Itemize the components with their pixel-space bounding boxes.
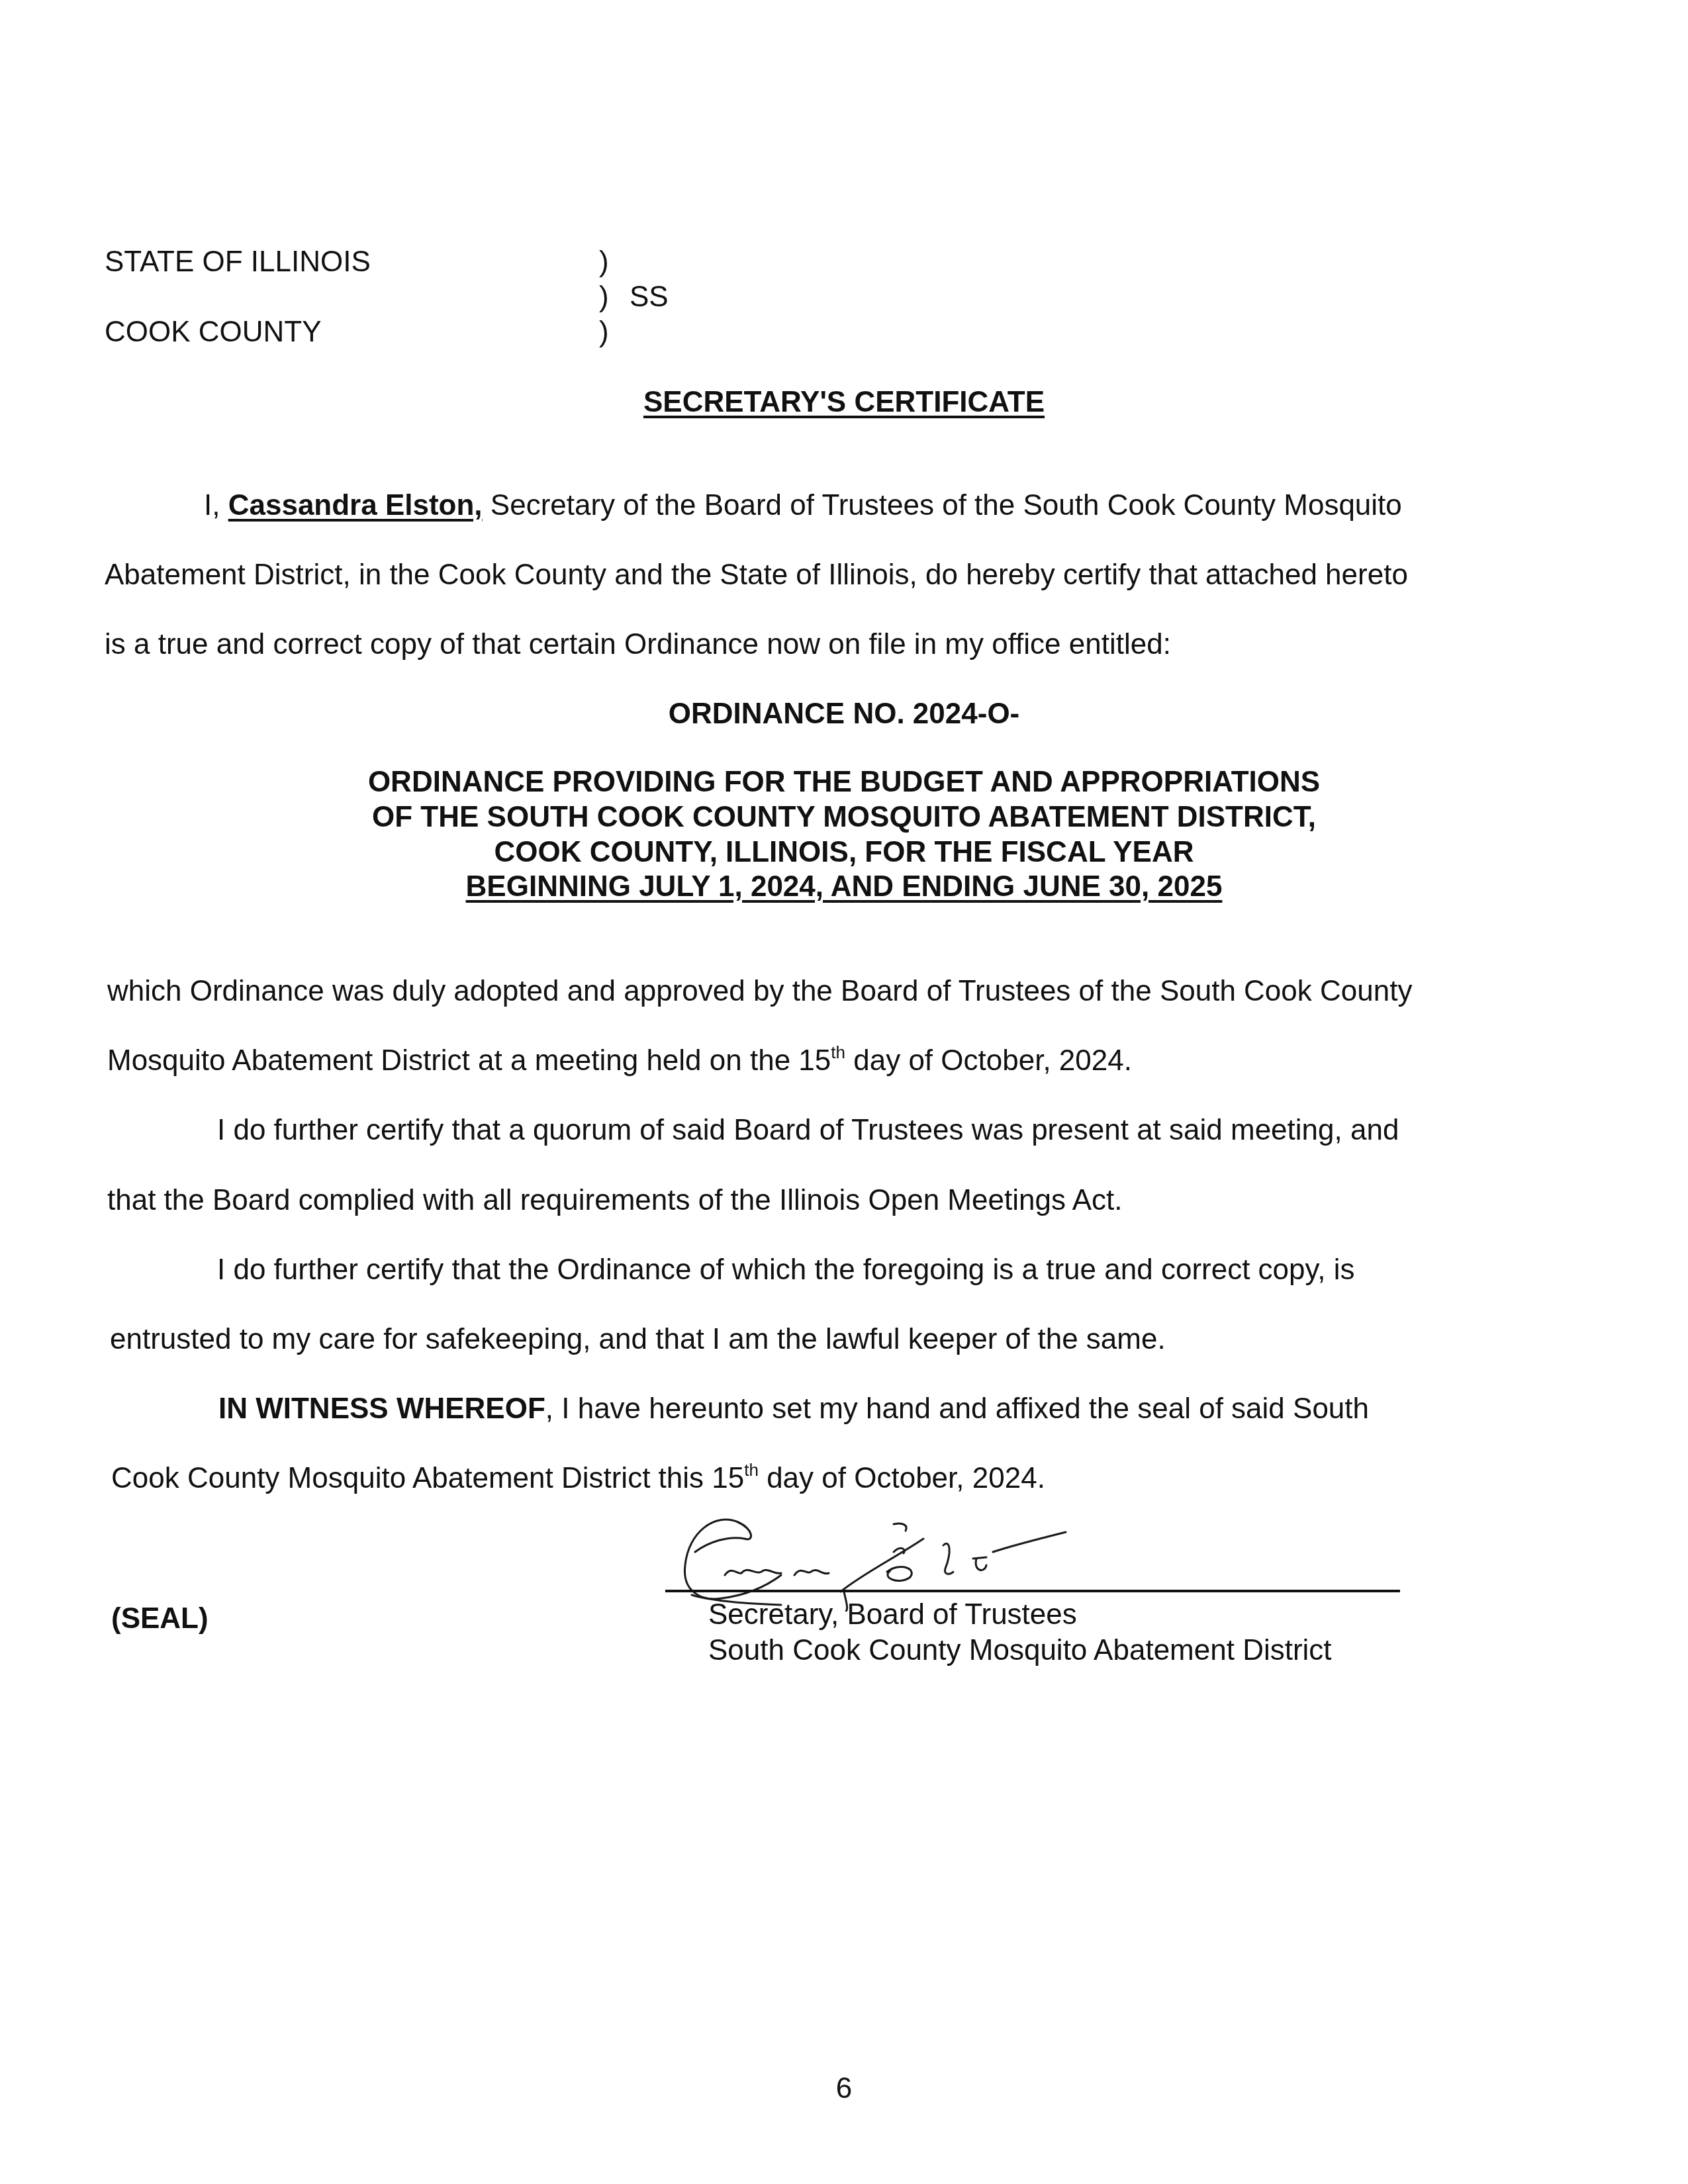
witness-line-1: IN WITNESS WHEREOF, I have hereunto set … — [218, 1394, 1369, 1424]
signer-organization: South Cook County Mosquito Abatement Dis… — [708, 1636, 1332, 1665]
witness-line-2-text: Cook County Mosquito Abatement District … — [111, 1462, 744, 1494]
adoption-line-2-date: day of October, 2024. — [845, 1044, 1132, 1077]
caption-county: COOK COUNTY — [105, 318, 322, 347]
witness-line-1-rest: , I have hereunto set my hand and affixe… — [545, 1392, 1369, 1425]
ordinance-heading-line-1: ORDINANCE PROVIDING FOR THE BUDGET AND A… — [0, 768, 1688, 797]
witness-bold: IN WITNESS WHEREOF — [218, 1392, 545, 1425]
adoption-line-2: Mosquito Abatement District at a meeting… — [107, 1046, 1132, 1075]
witness-line-2: Cook County Mosquito Abatement District … — [111, 1464, 1045, 1493]
caption-paren-3: ) — [599, 318, 609, 347]
quorum-line-1: I do further certify that a quorum of sa… — [217, 1116, 1399, 1145]
caption-paren-2: ) — [599, 283, 609, 312]
ordinance-heading-line-2: OF THE SOUTH COOK COUNTY MOSQUITO ABATEM… — [0, 803, 1688, 832]
intro-prefix: I, — [204, 489, 228, 522]
custody-line-2: entrusted to my care for safekeeping, an… — [110, 1325, 1166, 1354]
ordinal-suffix: th — [831, 1042, 845, 1062]
ordinance-number: ORDINANCE NO. 2024-O- — [0, 700, 1688, 729]
signature-line — [665, 1590, 1400, 1592]
ordinance-heading-line-4: BEGINNING JULY 1, 2024, AND ENDING JUNE … — [0, 872, 1688, 901]
caption-ss: SS — [630, 283, 669, 312]
secretary-name: Cassandra Elston, — [228, 489, 483, 522]
custody-line-1: I do further certify that the Ordinance … — [217, 1255, 1355, 1285]
seal-label: (SEAL) — [111, 1604, 209, 1633]
handwritten-signature — [675, 1512, 1152, 1612]
adoption-line-2-text: Mosquito Abatement District at a meeting… — [107, 1044, 831, 1077]
witness-line-2-date: day of October, 2024. — [759, 1462, 1045, 1494]
ordinal-suffix: th — [744, 1460, 759, 1480]
intro-line-1-rest: Secretary of the Board of Trustees of th… — [483, 489, 1402, 522]
intro-line-3: is a true and correct copy of that certa… — [105, 630, 1171, 659]
quorum-line-2: that the Board complied with all require… — [107, 1186, 1122, 1215]
intro-line-1: I, Cassandra Elston, Secretary of the Bo… — [204, 491, 1402, 520]
ordinance-heading-line-3: COOK COUNTY, ILLINOIS, FOR THE FISCAL YE… — [0, 838, 1688, 867]
caption-state: STATE OF ILLINOIS — [105, 248, 371, 277]
signer-title: Secretary, Board of Trustees — [708, 1600, 1077, 1629]
page-title: SECRETARY'S CERTIFICATE — [0, 388, 1688, 417]
caption-paren-1: ) — [599, 248, 609, 277]
adoption-line-1: which Ordinance was duly adopted and app… — [107, 977, 1412, 1006]
page-number: 6 — [0, 2074, 1688, 2103]
intro-line-2: Abatement District, in the Cook County a… — [105, 561, 1408, 590]
